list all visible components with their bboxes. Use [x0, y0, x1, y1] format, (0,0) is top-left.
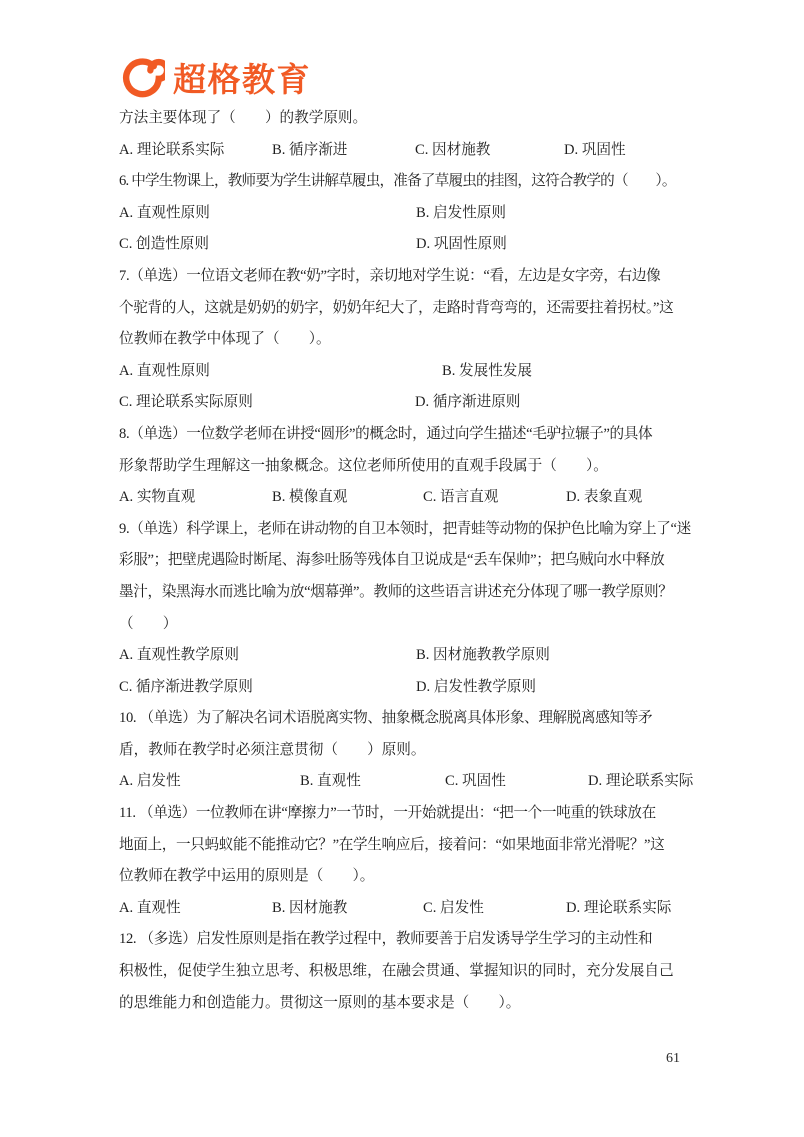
options-line: C. 循序渐进教学原则D. 启发性教学原则 [119, 672, 693, 704]
document-line: 墨汁，染黑海水而逃比喻为放“烟幕弹”。教师的这些语言讲述充分体现了哪一教学原则？ [119, 577, 693, 609]
option-item: A. 直观性原则 [119, 198, 210, 230]
option-item: A. 实物直观 [119, 482, 195, 514]
option-item: D. 表象直观 [566, 482, 642, 514]
document-line: 位教师在教学中运用的原则是（ ）。 [119, 861, 693, 893]
options-line: A. 理论联系实际B. 循序渐进C. 因材施教D. 巩固性 [119, 135, 693, 167]
document-line: 12. （多选）启发性原则是指在教学过程中，教师要善于启发诱导学生学习的主动性和 [119, 924, 693, 956]
document-line: 积极性，促使学生独立思考、积极思维，在融会贯通、掌握知识的同时，充分发展自己 [119, 956, 693, 988]
options-line: C. 理论联系实际原则D. 循序渐进原则 [119, 387, 693, 419]
document-page: 超格教育 方法主要体现了（ ）的教学原则。A. 理论联系实际B. 循序渐进C. … [0, 0, 804, 1137]
document-line: 地面上，一只蚂蚁能不能推动它？”在学生响应后，接着问：“如果地面非常光滑呢？”这 [119, 830, 693, 862]
options-line: A. 直观性B. 因材施教C. 启发性D. 理论联系实际 [119, 893, 693, 925]
document-line: 11. （单选）一位教师在讲“摩擦力”一节时，一开始就提出：“把一个一吨重的铁球… [119, 798, 693, 830]
option-item: C. 循序渐进教学原则 [119, 672, 253, 704]
option-item: D. 巩固性 [564, 135, 626, 167]
page-number: 61 [658, 1051, 688, 1067]
options-line: C. 创造性原则D. 巩固性原则 [119, 229, 693, 261]
option-item: B. 因材施教教学原则 [416, 640, 550, 672]
document-line: 8.（单选）一位数学老师在讲授“圆形”的概念时，通过向学生描述“毛驴拉辗子”的具… [119, 419, 693, 451]
option-item: D. 循序渐进原则 [415, 387, 520, 419]
document-line: 7.（单选）一位语文老师在教“奶”字时，亲切地对学生说：“看，左边是女字旁，右边… [119, 261, 693, 293]
document-line: （ ） [119, 609, 693, 641]
options-line: A. 直观性原则B. 启发性原则 [119, 198, 693, 230]
option-item: A. 直观性 [119, 893, 181, 925]
document-line: 10. （单选）为了解决名词术语脱离实物、抽象概念脱离具体形象、理解脱离感知等矛 [119, 703, 693, 735]
option-item: B. 发展性发展 [442, 356, 532, 388]
brand-name: 超格教育 [173, 63, 311, 96]
document-body: 方法主要体现了（ ）的教学原则。A. 理论联系实际B. 循序渐进C. 因材施教D… [119, 103, 693, 1019]
document-line: 位教师在教学中体现了（ ）。 [119, 324, 693, 356]
option-item: C. 巩固性 [445, 766, 506, 798]
option-item: B. 循序渐进 [272, 135, 347, 167]
option-item: C. 因材施教 [415, 135, 490, 167]
document-line: 盾，教师在教学时必须注意贯彻（ ）原则。 [119, 735, 693, 767]
option-item: D. 理论联系实际 [566, 893, 671, 925]
option-item: B. 直观性 [300, 766, 361, 798]
document-line: 形象帮助学生理解这一抽象概念。这位老师所使用的直观手段属于（ ）。 [119, 451, 693, 483]
options-line: A. 启发性B. 直观性C. 巩固性D. 理论联系实际 [119, 766, 693, 798]
document-line: 个驼背的人，这就是奶奶的奶字，奶奶年纪大了，走路时背弯弯的，还需要拄着拐杖。”这 [119, 293, 693, 325]
document-line: 9.（单选）科学课上，老师在讲动物的自卫本领时，把青蛙等动物的保护色比喻为穿上了… [119, 514, 693, 546]
option-item: A. 直观性教学原则 [119, 640, 239, 672]
document-line: 6. 中学生物课上，教师要为学生讲解草履虫，准备了草履虫的挂图，这符合教学的（ … [119, 166, 693, 198]
option-item: C. 创造性原则 [119, 229, 209, 261]
option-item: D. 巩固性原则 [416, 229, 507, 261]
options-line: A. 实物直观B. 模像直观C. 语言直观D. 表象直观 [119, 482, 693, 514]
option-item: D. 理论联系实际 [588, 766, 693, 798]
document-line: 彩服”；把壁虎遇险时断尾、海参吐肠等残体自卫说成是“丢车保帅”；把乌贼向水中释放 [119, 545, 693, 577]
option-item: A. 直观性原则 [119, 356, 210, 388]
document-line: 方法主要体现了（ ）的教学原则。 [119, 103, 693, 135]
document-line: 的思维能力和创造能力。贯彻这一原则的基本要求是（ ）。 [119, 988, 693, 1020]
chaoge-g-icon [121, 57, 165, 101]
option-item: C. 启发性 [423, 893, 484, 925]
option-item: B. 启发性原则 [416, 198, 506, 230]
options-line: A. 直观性原则B. 发展性发展 [119, 356, 693, 388]
option-item: D. 启发性教学原则 [416, 672, 536, 704]
option-item: C. 理论联系实际原则 [119, 387, 253, 419]
option-item: B. 因材施教 [272, 893, 347, 925]
option-item: A. 启发性 [119, 766, 181, 798]
option-item: B. 模像直观 [272, 482, 347, 514]
option-item: A. 理论联系实际 [119, 135, 224, 167]
brand-logo: 超格教育 [121, 56, 311, 102]
options-line: A. 直观性教学原则B. 因材施教教学原则 [119, 640, 693, 672]
option-item: C. 语言直观 [423, 482, 498, 514]
